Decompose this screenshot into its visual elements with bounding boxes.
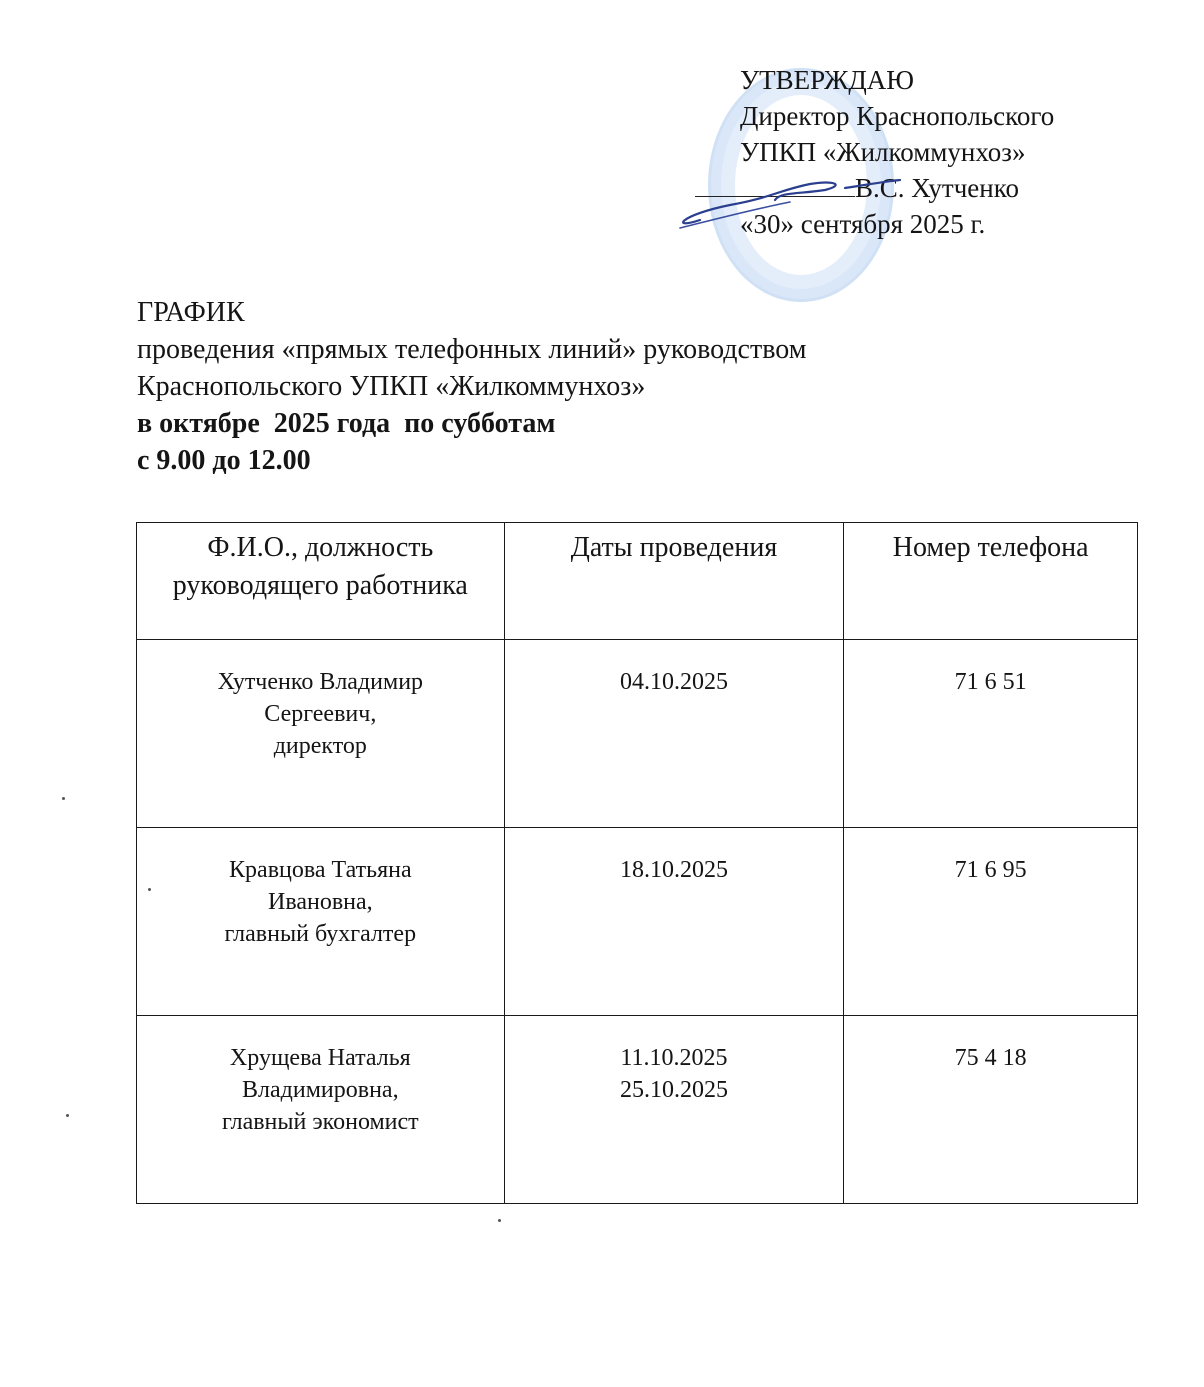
signature-line (695, 174, 855, 197)
approval-position-line1: Директор Краснопольского (740, 98, 1054, 134)
cell-name-position: Хрущева Наталья Владимировна, главный эк… (137, 1016, 505, 1204)
cell-phone: 71 6 95 (844, 828, 1138, 1016)
header-phone: Номер телефона (844, 523, 1138, 640)
cell-name-position: Кравцова Татьяна Ивановна, главный бухга… (137, 828, 505, 1016)
document-title-block: ГРАФИК проведения «прямых телефонных лин… (137, 294, 806, 479)
document-title: ГРАФИК (137, 294, 806, 331)
person-position: главный бухгалтер (145, 918, 496, 950)
approval-block: УТВЕРЖДАЮ Директор Краснопольского УПКП … (740, 62, 1054, 242)
header-dates: Даты проведения (504, 523, 844, 640)
person-name-line2: Сергеевич, (145, 698, 496, 730)
person-name-line1: Кравцова Татьяна (145, 854, 496, 886)
person-name-line2: Владимировна, (145, 1074, 496, 1106)
scan-speck (62, 797, 65, 800)
person-name-line1: Хрущева Наталья (145, 1042, 496, 1074)
scan-speck (498, 1219, 501, 1222)
date-value: 04.10.2025 (513, 666, 836, 698)
cell-dates: 04.10.2025 (504, 640, 844, 828)
table-row: Хрущева Наталья Владимировна, главный эк… (137, 1016, 1138, 1204)
title-period: в октябре 2025 года по субботам (137, 405, 806, 442)
table-row: Хутченко Владимир Сергеевич, директор 04… (137, 640, 1138, 828)
approval-position-line2: УПКП «Жилкоммунхоз» (740, 134, 1054, 170)
approval-heading: УТВЕРЖДАЮ (740, 62, 1054, 98)
table-header-row: Ф.И.О., должность руководящего работника… (137, 523, 1138, 640)
scan-speck (66, 1114, 69, 1117)
approval-signatory: В.С. Хутченко (855, 173, 1019, 203)
approval-date: «30» сентября 2025 г. (740, 206, 1054, 242)
person-position: главный экономист (145, 1106, 496, 1138)
title-hours: с 9.00 до 12.00 (137, 442, 806, 479)
table-row: Кравцова Татьяна Ивановна, главный бухга… (137, 828, 1138, 1016)
cell-name-position: Хутченко Владимир Сергеевич, директор (137, 640, 505, 828)
cell-dates: 18.10.2025 (504, 828, 844, 1016)
date-value: 11.10.2025 (513, 1042, 836, 1074)
person-name-line1: Хутченко Владимир (145, 666, 496, 698)
title-line2: Краснопольского УПКП «Жилкоммунхоз» (137, 368, 806, 405)
date-value: 18.10.2025 (513, 854, 836, 886)
schedule-table: Ф.И.О., должность руководящего работника… (136, 522, 1138, 1204)
scan-speck (148, 888, 151, 891)
person-position: директор (145, 730, 496, 762)
header-name-position: Ф.И.О., должность руководящего работника (137, 523, 505, 640)
title-line1: проведения «прямых телефонных линий» рук… (137, 331, 806, 368)
cell-phone: 75 4 18 (844, 1016, 1138, 1204)
cell-phone: 71 6 51 (844, 640, 1138, 828)
cell-dates: 11.10.2025 25.10.2025 (504, 1016, 844, 1204)
date-value: 25.10.2025 (513, 1074, 836, 1106)
person-name-line2: Ивановна, (145, 886, 496, 918)
